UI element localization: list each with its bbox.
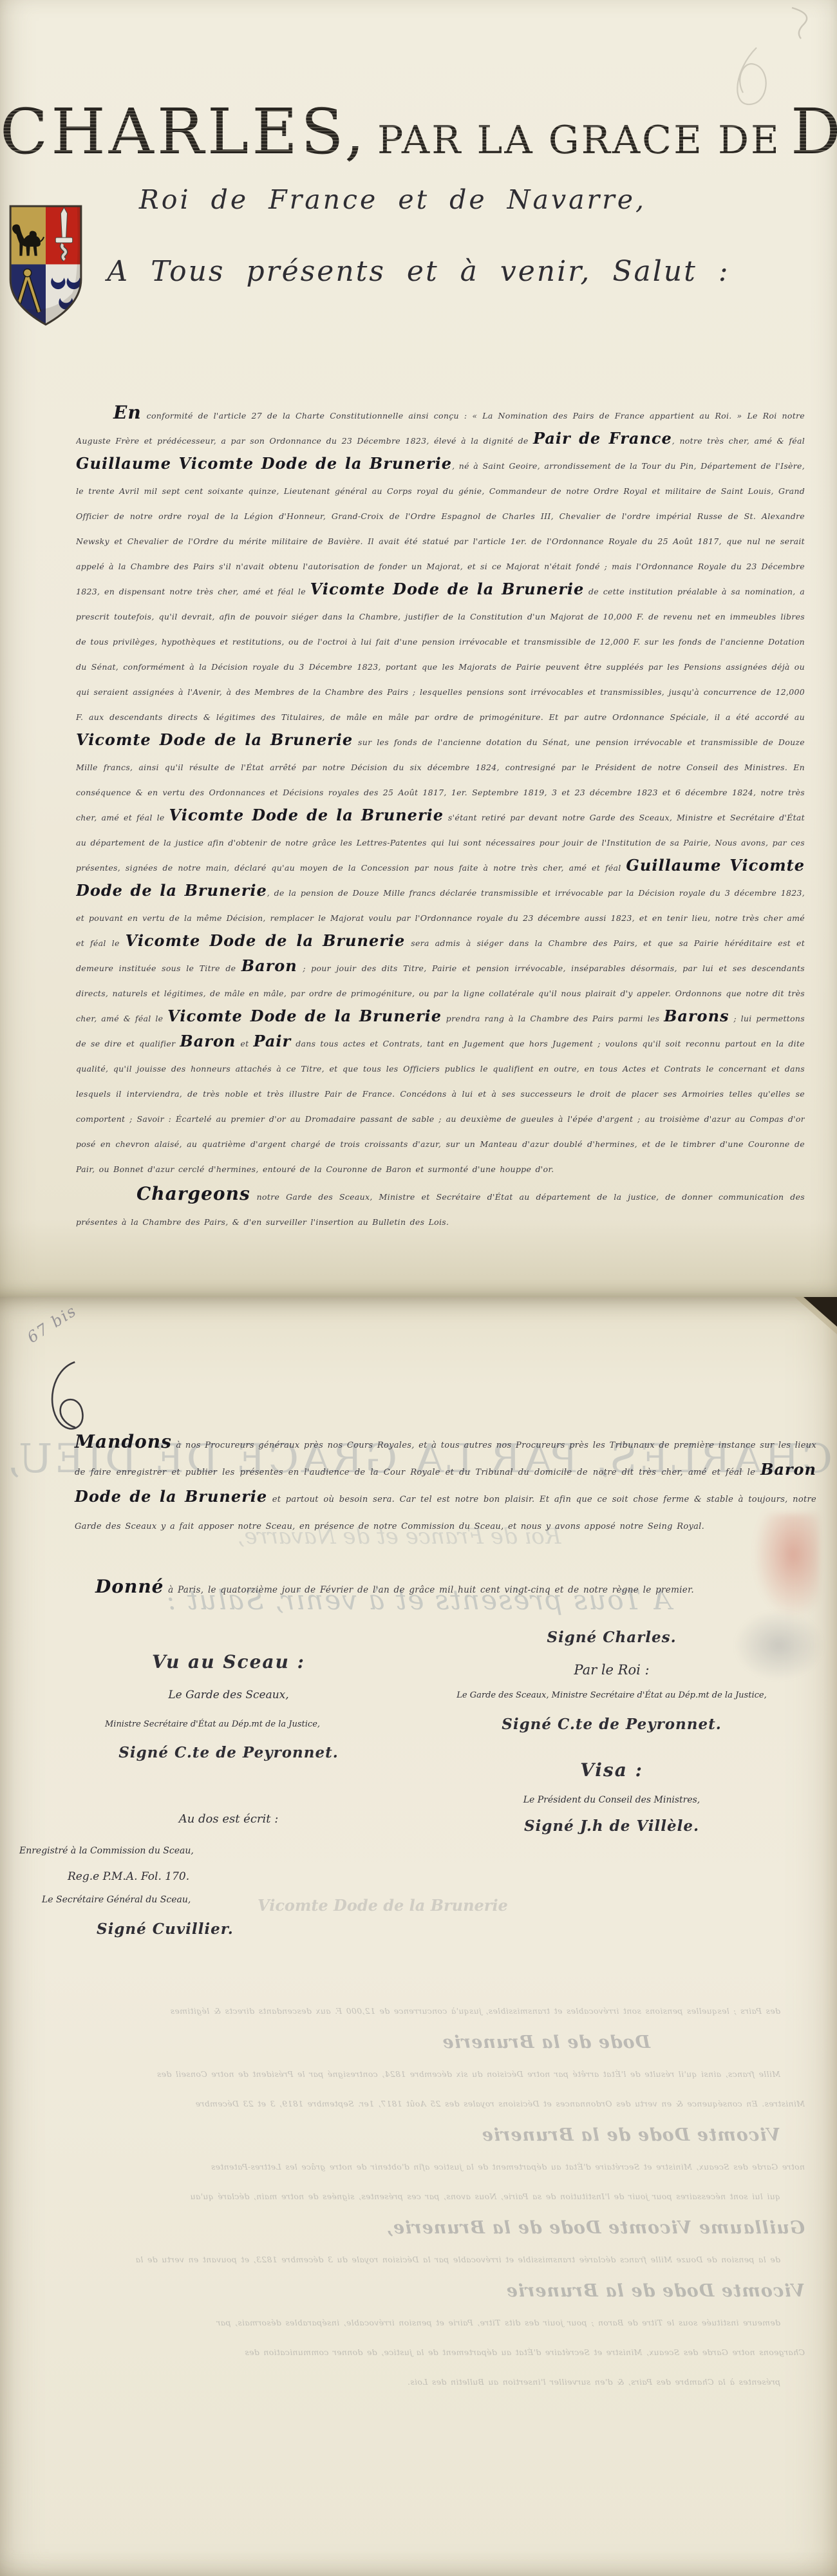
bleedthrough-line: Vicomte Dode de la Brunerie <box>35 2119 805 2152</box>
page-2: 67 bis CHARLES, PAR LA GRACE DE DIEU, Ro… <box>0 1297 837 2576</box>
visa-heading: Visa : <box>412 1759 811 1781</box>
signature-peyronnet-right: Signé C.te de Peyronnet. <box>412 1716 811 1733</box>
emphasized-name: Baron <box>180 1032 236 1050</box>
emphasized-name: Barons <box>664 1007 729 1025</box>
paraph-flourish-icon <box>40 1359 101 1439</box>
paragraph-chargeons: Chargeons notre Garde des Sceaux, Minist… <box>76 1184 805 1235</box>
vu-au-sceau-heading: Vu au Sceau : <box>77 1651 380 1672</box>
bleedthrough-line: Dode de la Brunerie <box>35 2026 805 2060</box>
title-charles: CHARLES, <box>0 95 368 168</box>
garde-des-sceaux-left: Le Garde des Sceaux, <box>77 1689 380 1701</box>
bleedthrough-line: présentes à la Chambre des Pairs, & d'en… <box>35 2367 805 2397</box>
bleedthrough-line: des Pairs ; lesquelles pensions sont irr… <box>35 1996 805 2026</box>
emphasized-name: Vicomte Dode de la Brunerie <box>126 931 406 950</box>
document-title: CHARLES, PAR LA GRACE DE DIEU, <box>0 95 837 168</box>
paragraph-mandons: Mandons à nos Procureurs généraux près n… <box>75 1432 816 1540</box>
body-text: de cette institution préalable à sa nomi… <box>76 587 805 722</box>
letters-patent-body: En conformité de l'article 27 de la Char… <box>76 403 805 1285</box>
body-text: à nos Procureurs généraux près nos Cours… <box>75 1441 816 1477</box>
president-conseil-line: Le Président du Conseil des Ministres, <box>412 1795 811 1805</box>
emphasized-name: Vicomte Dode de la Brunerie <box>167 1007 442 1025</box>
quarter-or <box>6 202 46 264</box>
signature-villele: Signé J.h de Villèle. <box>412 1817 811 1835</box>
par-le-roi: Par le Roi : <box>412 1662 811 1678</box>
emphasized-name: Baron <box>241 956 297 975</box>
initial-word: Chargeons <box>136 1183 250 1204</box>
archival-pencil-note: 67 bis <box>24 1302 80 1347</box>
body-text: à Paris, le quatorzième jour de Février … <box>164 1585 694 1595</box>
initial-word: En <box>113 403 142 423</box>
bleedthrough-line: notre Garde des Sceaux, Ministre et Secr… <box>35 2152 805 2182</box>
royal-subtitle: Roi de France et de Navarre, <box>116 184 670 215</box>
corner-fold <box>804 1297 837 1327</box>
signature-cuvillier: Signé Cuvillier. <box>97 1920 399 1938</box>
emphasized-name: Pair de France <box>533 429 672 448</box>
registre-folio: Reg.e P.M.A. Fol. 170. <box>68 1870 370 1883</box>
title-dieu: DIEU, <box>791 95 837 168</box>
emphasized-name: Vicomte Dode de la Brunerie <box>76 730 353 749</box>
bleedthrough-body: des Pairs ; lesquelles pensions sont irr… <box>35 1996 805 2397</box>
body-text: , notre très cher, amé & féal <box>672 436 805 446</box>
bleedthrough-line: Guillaume Vicomte Dode de la Brunerie, <box>35 2211 805 2245</box>
dateline-donne: Donné à Paris, le quatorzième jour de Fé… <box>95 1578 816 1596</box>
bleedthrough-line: demeure instituée sous le Titre de Baron… <box>35 2308 805 2338</box>
scanned-document: CHARLES, PAR LA GRACE DE DIEU, Roi de Fr… <box>0 0 837 2576</box>
bleedthrough-line: Ministres. En conséquence & en vertu des… <box>35 2089 805 2119</box>
emphasized-name: Vicomte Dode de la Brunerie <box>310 580 585 598</box>
garde-des-sceaux-line: Le Garde des Sceaux, Ministre Secrétaire… <box>412 1690 811 1700</box>
title-par-la-grace: PAR LA GRACE DE <box>371 118 787 163</box>
bleedthrough-line: Vicomte Dode de la Brunerie <box>35 2275 805 2308</box>
paragraph-nomination: En conformité de l'article 27 de la Char… <box>76 403 805 1182</box>
initial-word: Mandons <box>75 1431 172 1452</box>
initial-word: Donné <box>95 1576 164 1597</box>
ministre-line-left: Ministre Secrétaire d'État au Dép.mt de … <box>39 1719 386 1729</box>
enregistre-line: Enregistré à la Commission du Sceau, <box>19 1846 322 1856</box>
body-text: prendra rang à la Chambre des Pairs parm… <box>442 1014 664 1023</box>
emphasized-name: Vicomte Dode de la Brunerie <box>169 806 444 824</box>
emphasized-name: Pair <box>253 1032 291 1050</box>
bleedthrough-line: Mille francs, ainsi qu'il résulte de l'É… <box>35 2060 805 2089</box>
emphasized-name: Guillaume Vicomte Dode de la Brunerie <box>76 454 452 473</box>
body-text: dans tous actes et Contrats, tant en Jug… <box>76 1039 805 1174</box>
signature-charles: Signé Charles. <box>412 1629 811 1646</box>
bleedthrough-line: qui lui sont nécessaires pour jouir de l… <box>35 2182 805 2211</box>
body-text: et <box>236 1039 253 1048</box>
salutation: A Tous présents et à venir, Salut : <box>77 255 760 288</box>
au-dos-heading: Au dos est écrit : <box>77 1812 380 1826</box>
bleedthrough-line: de la pension de Douze Mille francs décl… <box>35 2245 805 2275</box>
secretaire-general-line: Le Secrétaire Général du Sceau, <box>42 1895 344 1905</box>
body-text: , né à Saint Geoire, arrondissement de l… <box>76 461 805 596</box>
bleedthrough-line: Chargeons notre Garde des Sceaux, Minist… <box>35 2338 805 2367</box>
coat-of-arms <box>6 202 85 328</box>
page-1: CHARLES, PAR LA GRACE DE DIEU, Roi de Fr… <box>0 0 837 1297</box>
signature-peyronnet-left: Signé C.te de Peyronnet. <box>77 1744 380 1761</box>
